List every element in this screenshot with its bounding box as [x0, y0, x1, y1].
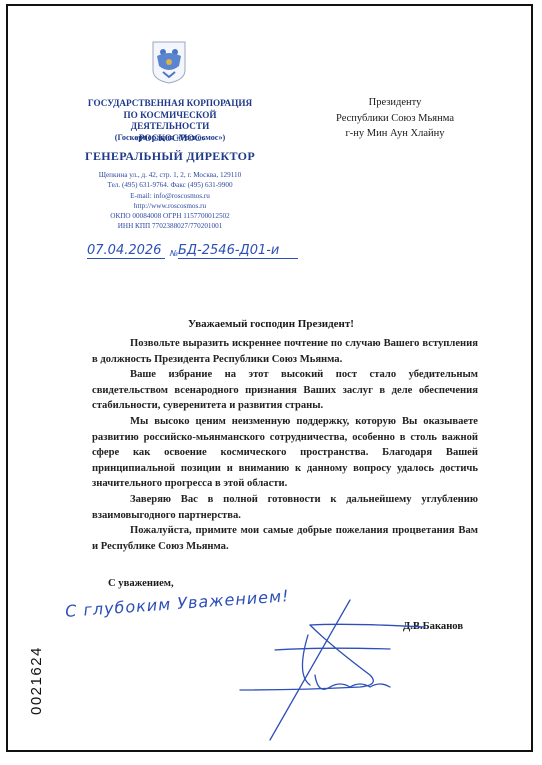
addressee-line: Республики Союз Мьянма — [320, 111, 470, 127]
registration-date: 07.04.2026 — [87, 243, 165, 259]
paragraph: Заверяю Вас в полной готовности к дальне… — [92, 492, 478, 523]
addressee-line: Президенту — [320, 95, 470, 111]
org-short-name: (Госкорпорация «Роскосмос») — [85, 133, 255, 142]
serial-number: 0021624 — [28, 646, 45, 715]
contact-phone: Тел. (495) 631-9764. Факс (495) 631-9900 — [80, 180, 260, 190]
contact-website: http://www.roscosmos.ru — [80, 201, 260, 211]
contact-address: Щепкина ул., д. 42, стр. 1, 2, г. Москва… — [80, 170, 260, 180]
org-line: ГОСУДАРСТВЕННАЯ КОРПОРАЦИЯ — [85, 98, 255, 110]
coat-of-arms-icon — [151, 40, 187, 84]
letter-body: Позвольте выразить искреннее почтение по… — [92, 336, 478, 554]
paragraph: Мы высоко ценим неизменную поддержку, ко… — [92, 414, 478, 492]
closing: С уважением, — [108, 578, 174, 589]
addressee-line: г-ну Мин Аун Хлайну — [320, 126, 470, 142]
registration-number: БД-2546-Д01-и — [178, 243, 298, 259]
salutation: Уважаемый господин Президент! — [0, 318, 542, 330]
paragraph: Позвольте выразить искреннее почтение по… — [92, 336, 478, 367]
position-title: ГЕНЕРАЛЬНЫЙ ДИРЕКТОР — [85, 149, 255, 164]
addressee-block: Президенту Республики Союз Мьянма г-ну М… — [320, 95, 470, 142]
letterhead-contacts: Щепкина ул., д. 42, стр. 1, 2, г. Москва… — [80, 170, 260, 232]
contact-okpo: ОКПО 00084008 ОГРН 1157700012502 — [80, 211, 260, 221]
org-line: ПО КОСМИЧЕСКОЙ ДЕЯТЕЛЬНОСТИ — [85, 110, 255, 133]
contact-inn: ИНН КПП 7702388027/770201001 — [80, 221, 260, 231]
paragraph: Пожалуйста, примите мои самые добрые пож… — [92, 523, 478, 554]
contact-email: E-mail: info@roscosmos.ru — [80, 191, 260, 201]
signature-icon — [200, 595, 440, 745]
paragraph: Ваше избрание на этот высокий пост стало… — [92, 367, 478, 414]
